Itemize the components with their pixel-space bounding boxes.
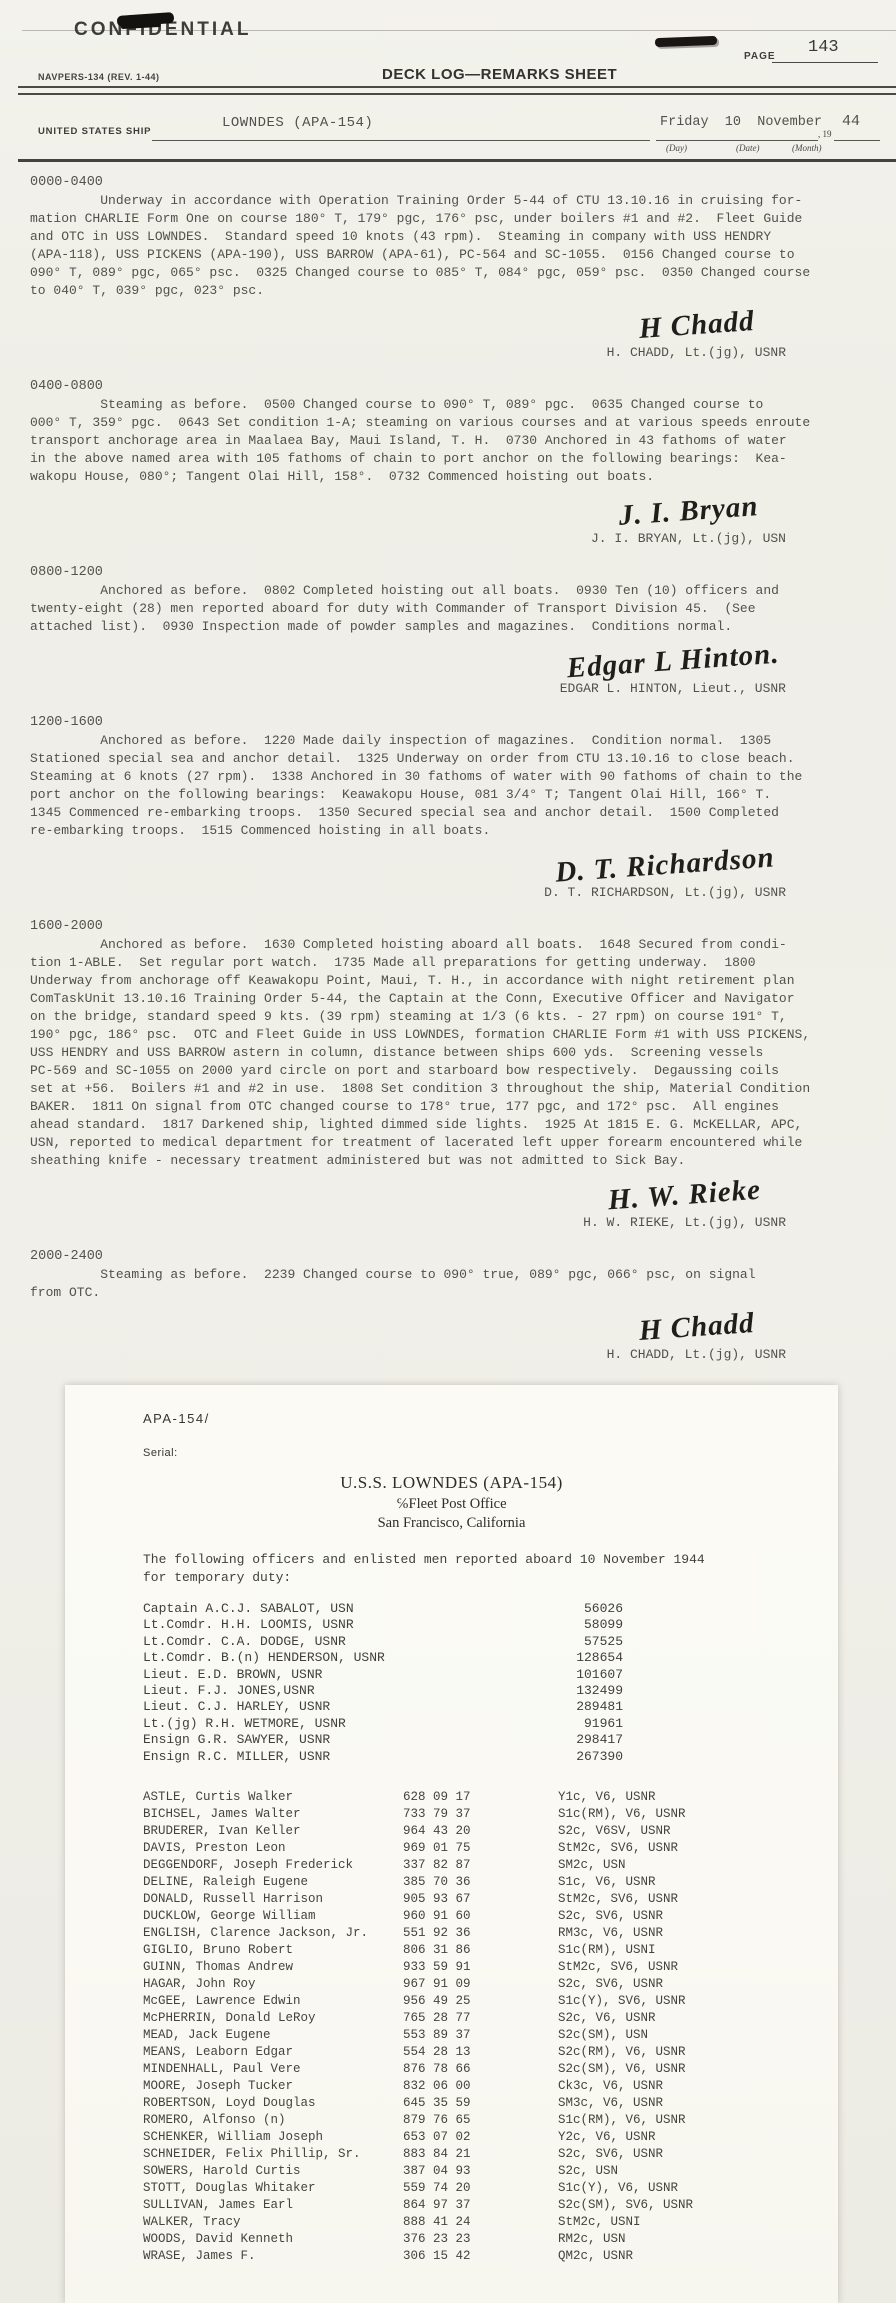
enlisted-rating: StM2c, SV6, USNR [558,1891,783,1908]
enlisted-rating: S2c, V6SV, USNR [558,1823,783,1840]
log-entry: 0800-1200 Anchored as before. 0802 Compl… [30,564,886,698]
officer-file-number: 289481 [568,1699,623,1715]
enlisted-row: DEGGENDORF, Joseph Frederick337 82 87SM2… [143,1857,783,1874]
enlisted-name: BRUDERER, Ivan Keller [143,1823,403,1840]
letterhead-fpo: ℅Fleet Post Office [65,1496,838,1513]
enlisted-rating: SM3c, V6, USNR [558,2095,783,2112]
watch-entry-text: Steaming as before. 0500 Changed course … [30,396,886,486]
enlisted-rating: Y2c, V6, USNR [558,2129,783,2146]
officer-name: Lt.Comdr. B.(n) HENDERSON, USNR [143,1650,568,1666]
enlisted-rating: S2c(SM), USN [558,2027,783,2044]
log-entry: 1600-2000 Anchored as before. 1630 Compl… [30,918,886,1232]
enlisted-service-number: 733 79 37 [403,1806,558,1823]
signature-block: D. T. RichardsonD. T. RICHARDSON, Lt.(jg… [544,848,786,902]
enlisted-rating: S2c, USN [558,2163,783,2180]
enlisted-name: DELINE, Raleigh Eugene [143,1874,403,1891]
watch-period-label: 0800-1200 [30,564,886,582]
officer-row: Lt.Comdr. B.(n) HENDERSON, USNR128654 [143,1650,623,1666]
handwritten-signature: D. T. Richardson [543,840,787,891]
enlisted-rating: S2c, V6, USNR [558,2010,783,2027]
enlisted-service-number: 964 43 20 [403,1823,558,1840]
enlisted-rating: StM2c, SV6, USNR [558,1959,783,1976]
enlisted-name: WALKER, Tracy [143,2214,403,2231]
watch-period-label: 0400-0800 [30,378,886,396]
month-label: (Month) [792,143,822,153]
letterhead-city: San Francisco, California [65,1515,838,1532]
enlisted-row: SCHNEIDER, Felix Phillip, Sr.883 84 21S2… [143,2146,783,2163]
enlisted-row: DELINE, Raleigh Eugene385 70 36S1c, V6, … [143,1874,783,1891]
heavy-rule [18,159,896,162]
log-entry: 1200-1600 Anchored as before. 1220 Made … [30,714,886,902]
enlisted-rating: S1c, V6, USNR [558,1874,783,1891]
officer-row: Lt.Comdr. H.H. LOOMIS, USNR58099 [143,1617,623,1633]
handwritten-signature: J. I. Bryan [590,487,787,535]
enlisted-service-number: 876 78 66 [403,2061,558,2078]
date-label: (Date) [736,143,760,153]
enlisted-service-number: 864 97 37 [403,2197,558,2214]
officer-name: Ensign R.C. MILLER, USNR [143,1749,568,1765]
enlisted-row: GUINN, Thomas Andrew933 59 91StM2c, SV6,… [143,1959,783,1976]
enlisted-service-number: 969 01 75 [403,1840,558,1857]
enlisted-row: STOTT, Douglas Whitaker559 74 20S1c(Y), … [143,2180,783,2197]
signature-block: J. I. BryanJ. I. BRYAN, Lt.(jg), USN [591,494,786,548]
enlisted-row: DUCKLOW, George William960 91 60S2c, SV6… [143,1908,783,1925]
officer-row: Ensign G.R. SAWYER, USNR298417 [143,1732,623,1748]
enlisted-service-number: 806 31 86 [403,1942,558,1959]
handwritten-signature: H. W. Rieke [582,1171,787,1219]
officer-file-number: 298417 [568,1732,623,1748]
officer-file-number: 91961 [568,1716,623,1732]
log-entries: 0000-0400 Underway in accordance with Op… [30,172,886,1380]
watch-entry-text: Anchored as before. 1630 Completed hoist… [30,936,886,1170]
enlisted-rating: S1c(RM), V6, USNR [558,2112,783,2129]
ship-label: UNITED STATES SHIP [38,126,151,137]
officer-file-number: 128654 [568,1650,623,1666]
enlisted-service-number: 653 07 02 [403,2129,558,2146]
enlisted-service-number: 879 76 65 [403,2112,558,2129]
serial-label: Serial: [143,1447,178,1459]
year-value: 44 [842,113,860,130]
enlisted-service-number: 967 91 09 [403,1976,558,1993]
page-number-underline [772,62,878,63]
watch-entry-text: Underway in accordance with Operation Tr… [30,192,886,300]
log-entry: 0400-0800 Steaming as before. 0500 Chang… [30,378,886,548]
log-date: Friday 10 November [660,115,822,130]
enlisted-rating: S1c(RM), V6, USNR [558,1806,783,1823]
enlisted-list: ASTLE, Curtis Walker628 09 17Y1c, V6, US… [143,1789,783,2265]
log-entry: 0000-0400 Underway in accordance with Op… [30,174,886,362]
enlisted-name: ASTLE, Curtis Walker [143,1789,403,1806]
officer-file-number: 132499 [568,1683,623,1699]
log-entry: 2000-2400 Steaming as before. 2239 Chang… [30,1248,886,1364]
enlisted-row: HAGAR, John Roy967 91 09S2c, SV6, USNR [143,1976,783,1993]
day-label: (Day) [666,143,687,153]
handwritten-signature: Edgar L Hinton. [559,636,787,686]
enlisted-name: McPHERRIN, Donald LeRoy [143,2010,403,2027]
enlisted-row: GIGLIO, Bruno Robert806 31 86S1c(RM), US… [143,1942,783,1959]
enlisted-name: MEAD, Jack Eugene [143,2027,403,2044]
officer-name: Lieut. C.J. HARLEY, USNR [143,1699,568,1715]
enlisted-row: ROMERO, Alfonso (n)879 76 65S1c(RM), V6,… [143,2112,783,2129]
enlisted-name: DAVIS, Preston Leon [143,1840,403,1857]
enlisted-name: MEANS, Leaborn Edgar [143,2044,403,2061]
enlisted-name: STOTT, Douglas Whitaker [143,2180,403,2197]
enlisted-row: McGEE, Lawrence Edwin956 49 25S1c(Y), SV… [143,1993,783,2010]
officer-name: Captain A.C.J. SABALOT, USN [143,1601,568,1617]
handwritten-signature: H Chadd [606,302,787,348]
enlisted-name: ENGLISH, Clarence Jackson, Jr. [143,1925,403,1942]
officer-row: Lieut. C.J. HARLEY, USNR289481 [143,1699,623,1715]
officer-row: Lieut. E.D. BROWN, USNR101607 [143,1667,623,1683]
signature-block: Edgar L Hinton.EDGAR L. HINTON, Lieut., … [560,644,786,698]
enlisted-name: SCHNEIDER, Felix Phillip, Sr. [143,2146,403,2163]
enlisted-rating: StM2c, SV6, USNR [558,1840,783,1857]
enlisted-name: BICHSEL, James Walter [143,1806,403,1823]
enlisted-rating: S1c(Y), SV6, USNR [558,1993,783,2010]
enlisted-name: DUCKLOW, George William [143,1908,403,1925]
enlisted-service-number: 628 09 17 [403,1789,558,1806]
enlisted-row: ENGLISH, Clarence Jackson, Jr.551 92 36R… [143,1925,783,1942]
officer-file-number: 58099 [568,1617,623,1633]
enlisted-name: SCHENKER, William Joseph [143,2129,403,2146]
watch-period-label: 1200-1600 [30,714,886,732]
signature-block: H. W. RiekeH. W. RIEKE, Lt.(jg), USNR [583,1178,786,1232]
enlisted-rating: RM2c, USN [558,2231,783,2248]
year-underline [834,140,880,141]
enlisted-rating: S2c, SV6, USNR [558,2146,783,2163]
enlisted-row: BICHSEL, James Walter733 79 37S1c(RM), V… [143,1806,783,1823]
enlisted-row: SOWERS, Harold Curtis387 04 93S2c, USN [143,2163,783,2180]
signature-block: H ChaddH. CHADD, Lt.(jg), USNR [607,1310,786,1364]
enlisted-service-number: 883 84 21 [403,2146,558,2163]
officer-file-number: 267390 [568,1749,623,1765]
sheet-title: DECK LOG—REMARKS SHEET [382,66,617,83]
enlisted-row: DAVIS, Preston Leon969 01 75StM2c, SV6, … [143,1840,783,1857]
enlisted-row: SULLIVAN, James Earl864 97 37S2c(SM), SV… [143,2197,783,2214]
enlisted-name: ROMERO, Alfonso (n) [143,2112,403,2129]
enlisted-service-number: 645 35 59 [403,2095,558,2112]
enlisted-name: DONALD, Russell Harrison [143,1891,403,1908]
enlisted-rating: RM3c, V6, USNR [558,1925,783,1942]
officer-name: Lt.(jg) R.H. WETMORE, USNR [143,1716,568,1732]
enlisted-service-number: 905 93 67 [403,1891,558,1908]
officer-row: Lt.(jg) R.H. WETMORE, USNR91961 [143,1716,623,1732]
enlisted-service-number: 376 23 23 [403,2231,558,2248]
watch-period-label: 2000-2400 [30,1248,886,1266]
officer-name: Lt.Comdr. C.A. DODGE, USNR [143,1634,568,1650]
enlisted-service-number: 960 91 60 [403,1908,558,1925]
enlisted-service-number: 765 28 77 [403,2010,558,2027]
officer-row: Ensign R.C. MILLER, USNR267390 [143,1749,623,1765]
enlisted-service-number: 933 59 91 [403,1959,558,1976]
enlisted-rating: S2c(RM), V6, USNR [558,2044,783,2061]
enlisted-service-number: 956 49 25 [403,1993,558,2010]
officer-file-number: 101607 [568,1667,623,1683]
enlisted-service-number: 306 15 42 [403,2248,558,2265]
signature-typed-name: H. CHADD, Lt.(jg), USNR [607,1346,786,1364]
enlisted-name: MINDENHALL, Paul Vere [143,2061,403,2078]
letterhead: U.S.S. LOWNDES (APA-154) ℅Fleet Post Off… [65,1473,838,1532]
watch-entry-text: Anchored as before. 0802 Completed hoist… [30,582,886,636]
watch-period-label: 0000-0400 [30,174,886,192]
enlisted-name: WOODS, David Kenneth [143,2231,403,2248]
enlisted-row: MEANS, Leaborn Edgar554 28 13S2c(RM), V6… [143,2044,783,2061]
enlisted-service-number: 387 04 93 [403,2163,558,2180]
enlisted-row: WOODS, David Kenneth376 23 23RM2c, USN [143,2231,783,2248]
enlisted-rating: Y1c, V6, USNR [558,1789,783,1806]
officer-row: Lieut. F.J. JONES,USNR132499 [143,1683,623,1699]
double-rule [18,86,896,95]
officer-file-number: 56026 [568,1601,623,1617]
officer-row: Captain A.C.J. SABALOT, USN56026 [143,1601,623,1617]
officer-name: Lieut. F.J. JONES,USNR [143,1683,568,1699]
enlisted-row: MOORE, Joseph Tucker832 06 00Ck3c, V6, U… [143,2078,783,2095]
enlisted-service-number: 559 74 20 [403,2180,558,2197]
enlisted-rating: SM2c, USN [558,1857,783,1874]
letterhead-id: APA-154/ [143,1411,210,1426]
watch-entry-text: Anchored as before. 1220 Made daily insp… [30,732,886,840]
enlisted-rating: StM2c, USNI [558,2214,783,2231]
enlisted-name: ROBERTSON, Loyd Douglas [143,2095,403,2112]
enlisted-service-number: 337 82 87 [403,1857,558,1874]
enlisted-name: GIGLIO, Bruno Robert [143,1942,403,1959]
enlisted-rating: S2c, SV6, USNR [558,1908,783,1925]
year-prefix: , 19 [818,129,832,139]
enlisted-rating: Ck3c, V6, USNR [558,2078,783,2095]
enlisted-service-number: 832 06 00 [403,2078,558,2095]
enlisted-service-number: 554 28 13 [403,2044,558,2061]
signature-block: H ChaddH. CHADD, Lt.(jg), USNR [607,308,786,362]
page-label: PAGE [744,51,776,62]
enlisted-rating: QM2c, USNR [558,2248,783,2265]
enlisted-name: MOORE, Joseph Tucker [143,2078,403,2095]
enlisted-row: MINDENHALL, Paul Vere876 78 66S2c(SM), V… [143,2061,783,2078]
officer-name: Lieut. E.D. BROWN, USNR [143,1667,568,1683]
enlisted-row: WALKER, Tracy888 41 24StM2c, USNI [143,2214,783,2231]
officer-name: Ensign G.R. SAWYER, USNR [143,1732,568,1748]
letterhead-ship: U.S.S. LOWNDES (APA-154) [65,1473,838,1493]
watch-period-label: 1600-2000 [30,918,886,936]
ship-name: LOWNDES (APA-154) [222,115,373,131]
enlisted-row: WRASE, James F.306 15 42QM2c, USNR [143,2248,783,2265]
enlisted-name: DEGGENDORF, Joseph Frederick [143,1857,403,1874]
date-underline [656,140,818,141]
officer-row: Lt.Comdr. C.A. DODGE, USNR57525 [143,1634,623,1650]
enlisted-rating: S2c(SM), SV6, USNR [558,2197,783,2214]
officer-name: Lt.Comdr. H.H. LOOMIS, USNR [143,1617,568,1633]
enlisted-row: McPHERRIN, Donald LeRoy765 28 77S2c, V6,… [143,2010,783,2027]
enlisted-name: McGEE, Lawrence Edwin [143,1993,403,2010]
ship-name-underline [152,140,650,141]
officer-file-number: 57525 [568,1634,623,1650]
watch-entry-text: Steaming as before. 2239 Changed course … [30,1266,886,1302]
form-number: NAVPERS-134 (REV. 1-44) [38,72,160,82]
enlisted-name: SULLIVAN, James Earl [143,2197,403,2214]
enlisted-row: MEAD, Jack Eugene553 89 37S2c(SM), USN [143,2027,783,2044]
enlisted-row: ROBERTSON, Loyd Douglas645 35 59SM3c, V6… [143,2095,783,2112]
officers-list: Captain A.C.J. SABALOT, USN56026Lt.Comdr… [143,1601,623,1765]
enlisted-row: SCHENKER, William Joseph653 07 02Y2c, V6… [143,2129,783,2146]
enlisted-name: SOWERS, Harold Curtis [143,2163,403,2180]
enlisted-name: WRASE, James F. [143,2248,403,2265]
attachment-intro: The following officers and enlisted men … [143,1551,705,1587]
enlisted-rating: S2c(SM), V6, USNR [558,2061,783,2078]
signature-typed-name: H. CHADD, Lt.(jg), USNR [607,344,786,362]
enlisted-rating: S2c, SV6, USNR [558,1976,783,1993]
attached-list-page: APA-154/ Serial: U.S.S. LOWNDES (APA-154… [65,1385,838,2303]
enlisted-rating: S1c(Y), V6, USNR [558,2180,783,2197]
enlisted-service-number: 888 41 24 [403,2214,558,2231]
enlisted-service-number: 553 89 37 [403,2027,558,2044]
enlisted-service-number: 385 70 36 [403,1874,558,1891]
enlisted-row: ASTLE, Curtis Walker628 09 17Y1c, V6, US… [143,1789,783,1806]
enlisted-row: DONALD, Russell Harrison905 93 67StM2c, … [143,1891,783,1908]
enlisted-name: HAGAR, John Roy [143,1976,403,1993]
enlisted-rating: S1c(RM), USNI [558,1942,783,1959]
page-number: 143 [808,38,839,57]
handwritten-signature: H Chadd [606,1304,787,1350]
enlisted-row: BRUDERER, Ivan Keller964 43 20S2c, V6SV,… [143,1823,783,1840]
enlisted-name: GUINN, Thomas Andrew [143,1959,403,1976]
enlisted-service-number: 551 92 36 [403,1925,558,1942]
